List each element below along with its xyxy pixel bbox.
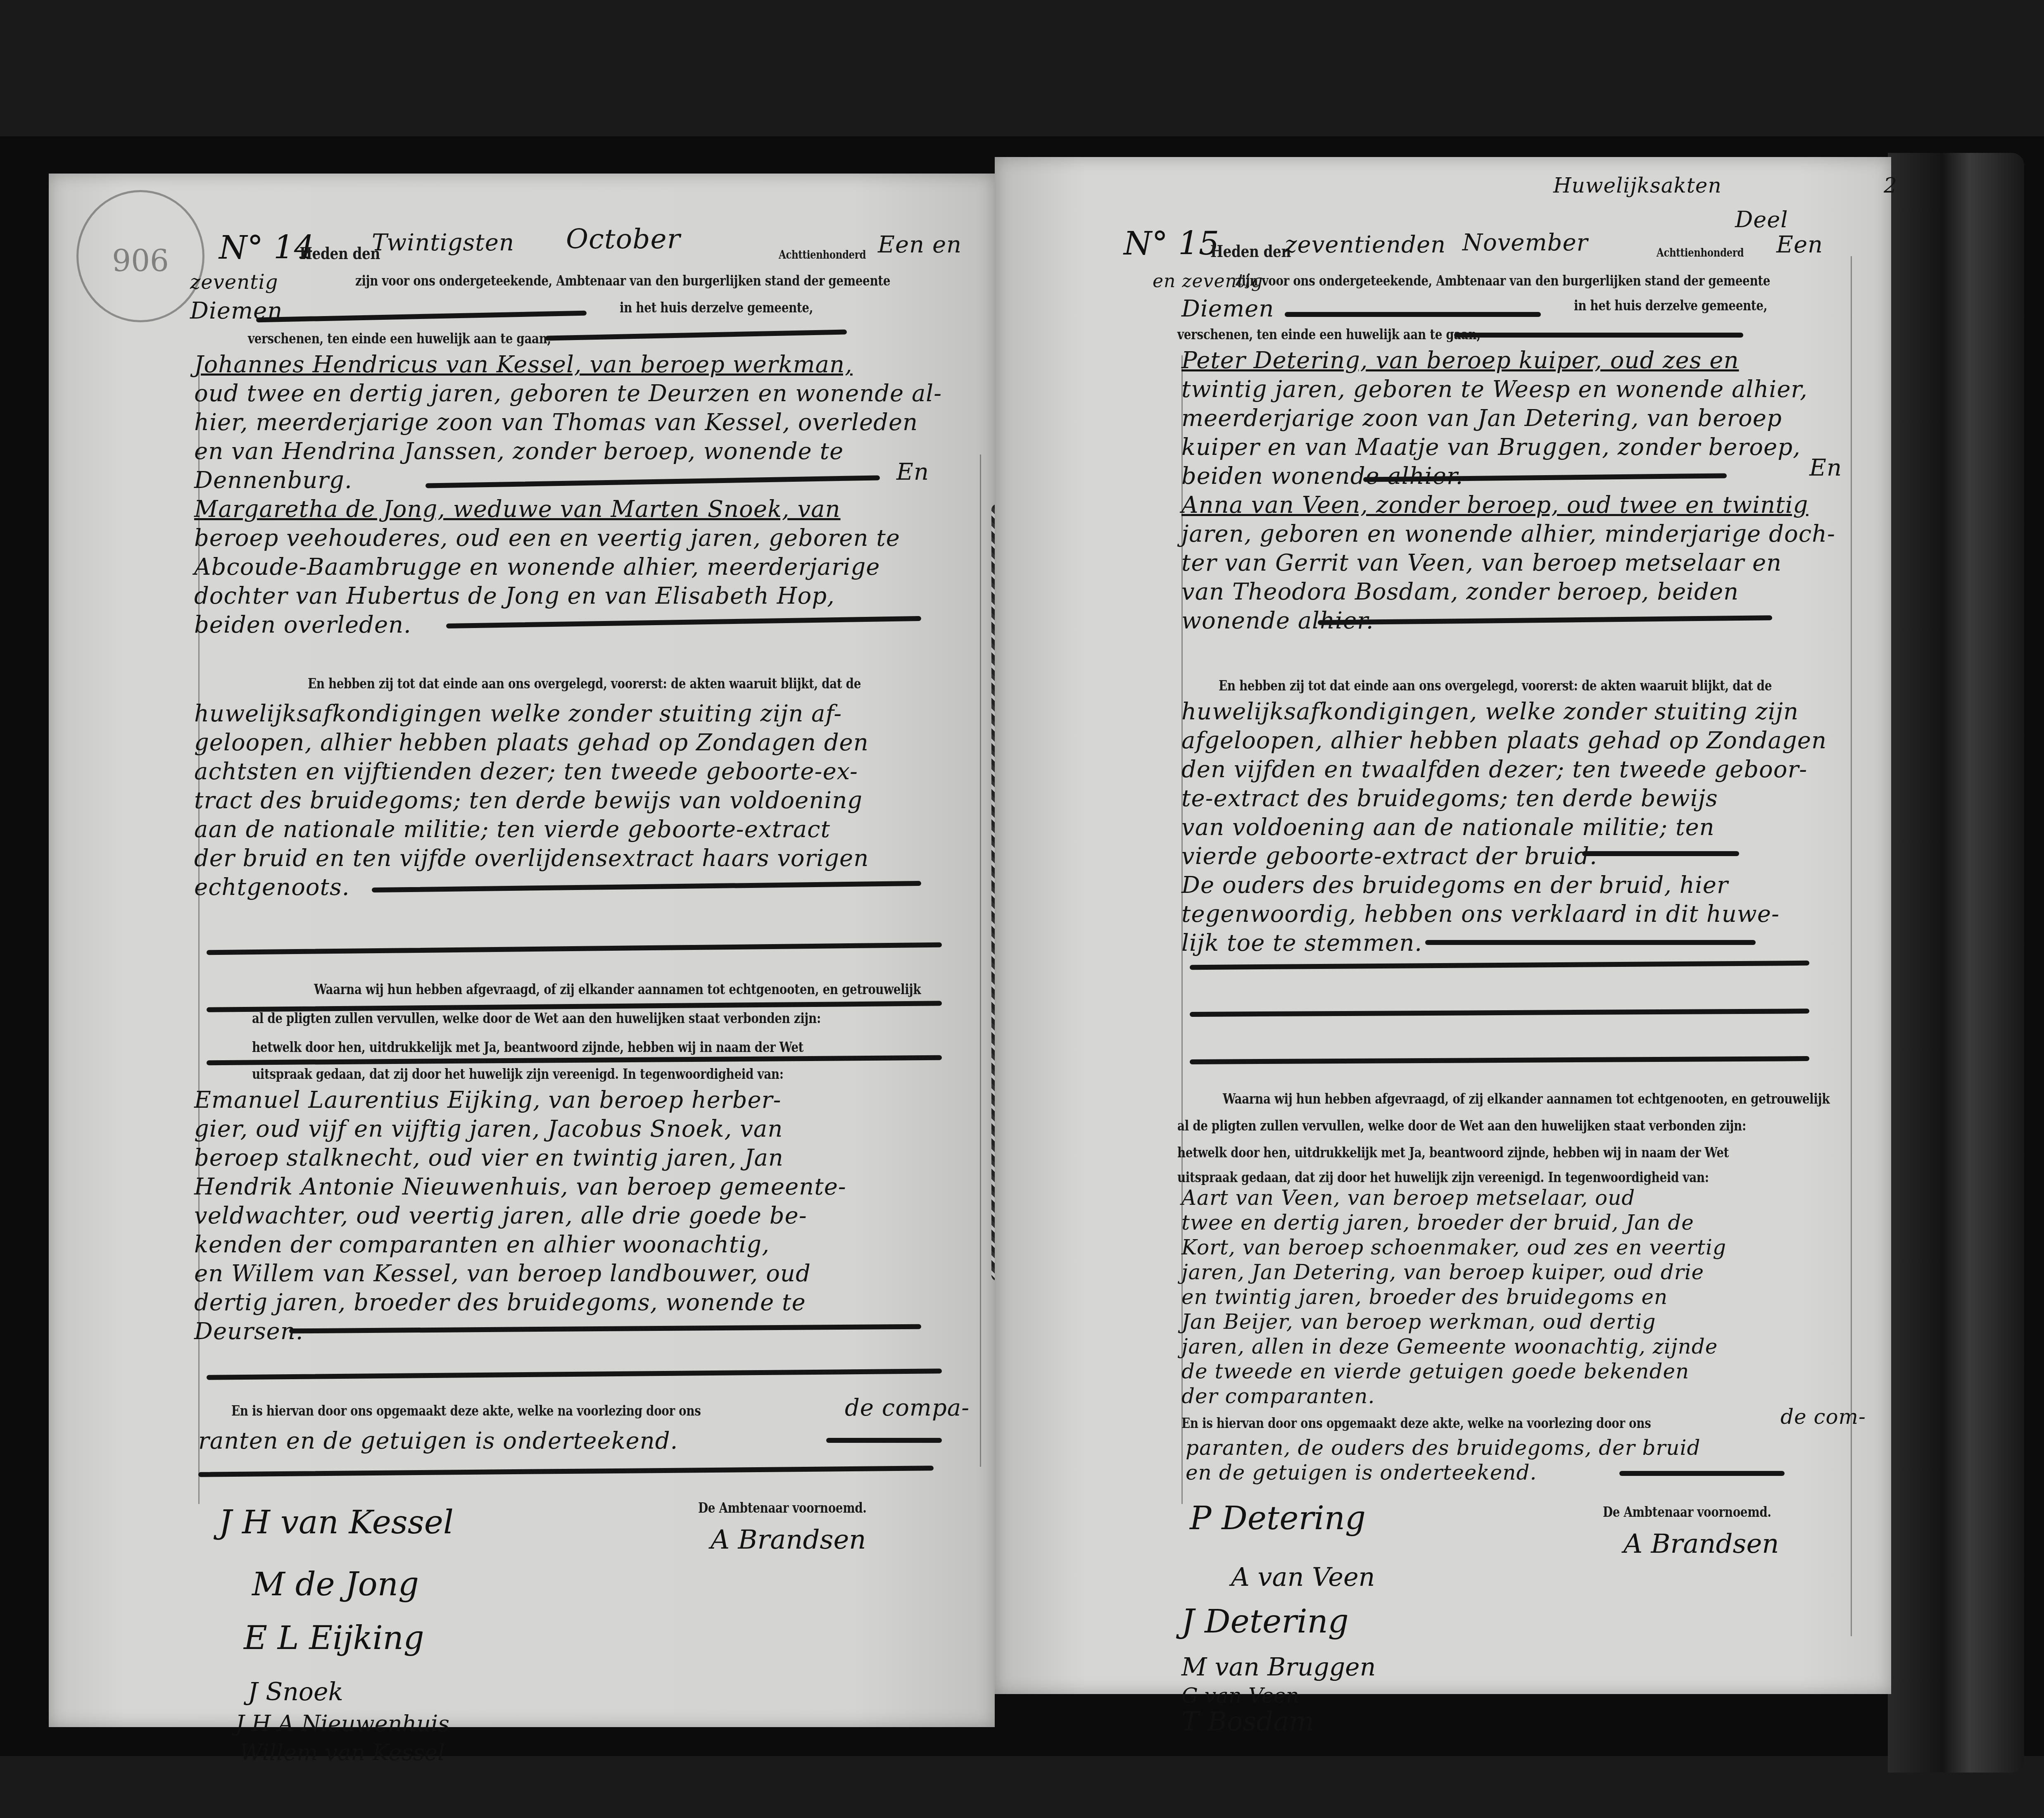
witness-line: Kort, van beroep schoenmaker, oud zes en… [1181,1235,1726,1259]
heden-den-label: Heden den [1210,242,1291,261]
signature: P Detering [1190,1500,1366,1537]
bride-line: beiden overleden. [194,612,411,638]
waarna-line-1: Waarna wij hun hebben afgevraagd, of zij… [1223,1091,1830,1107]
scan-top-border [0,0,2044,136]
witness-line: dertig jaren, broeder des bruidegoms, wo… [194,1289,806,1316]
year-hand-1: Een en [878,231,962,258]
ambtenaar-label: De Ambtenaar voornoemd. [1603,1504,1771,1521]
record-number-15: N° 15 [1124,225,1219,262]
signature: M de Jong [252,1566,419,1603]
witness-line: jaren, Jan Detering, van beroep kuiper, … [1181,1260,1704,1284]
signature: J Snoek [248,1678,343,1706]
official-signature: A Brandsen [1623,1529,1779,1559]
doc-line: achtsten en vijftienden dezer; ten tweed… [194,758,858,785]
record-day: Twintigsten [372,229,514,256]
closing-hand-1: de compa- [845,1394,970,1421]
doc-line: huwelijksafkondigingen welke zonder stui… [194,700,842,727]
en-hebben-text: En hebben zij tot dat einde aan ons over… [1219,678,1772,694]
signature: G van Veen [1181,1684,1299,1708]
left-right-rule [980,454,981,1467]
doc-line: afgeloopen, alhier hebben plaats gehad o… [1181,727,1827,754]
right-right-rule [1851,256,1852,1636]
witness-line: Hendrik Antonie Nieuwenhuis, van beroep … [194,1173,846,1200]
record-month: November [1462,229,1588,256]
year-hand-2: zeventig [190,271,278,294]
filler-line [1285,312,1541,317]
groom-line: twintig jaren, geboren te Weesp en wonen… [1181,376,1808,403]
consent-line: De ouders des bruidegoms en der bruid, h… [1181,872,1728,899]
book-page-edges [1888,153,2024,1773]
en-hebben-text: En hebben zij tot dat einde aan ons over… [308,676,861,692]
waarna-line-4: uitspraak gedaan, dat zij door het huwel… [1177,1169,1709,1186]
doc-line: aan de nationale militie; ten vierde geb… [194,816,830,843]
witness-line: en Willem van Kessel, van beroep landbou… [194,1260,811,1287]
margin-note-register: Huwelijksakten [1553,174,1722,198]
page-number: 2 [1884,174,1897,198]
filler-line [1619,1471,1785,1476]
groom-line: kuiper en van Maatje van Bruggen, zonder… [1181,434,1801,461]
form-line-4: verschenen, ten einde een huwelijk aan t… [248,331,551,347]
heden-den-label: Heden den [299,244,380,263]
bride-line: Abcoude-Baambrugge en wonende alhier, me… [194,554,880,581]
signature: J H van Kessel [219,1504,454,1541]
doc-line: der bruid en ten vijfde overlijdensextra… [194,845,869,872]
en-is-text: En is hiervan door ons opgemaakt deze ak… [231,1403,701,1419]
doc-line: den vijfden en twaalfden dezer; ten twee… [1181,756,1807,783]
witness-line: veldwachter, oud veertig jaren, alle dri… [194,1202,807,1229]
margin-note-deel: Deel [1735,207,1788,233]
doc-line: tract des bruidegoms; ten derde bewijs v… [194,787,863,814]
closing-hand-1: de com- [1780,1405,1866,1429]
signature: Willem van Kessel [240,1739,445,1766]
groom-line: Dennenburg. [194,467,352,494]
form-line-2: zijn voor ons ondergeteekende, Ambtenaar… [355,273,890,289]
witness-line: der comparanten. [1181,1384,1375,1408]
bride-line: ter van Gerrit van Veen, van beroep mets… [1181,550,1782,576]
groom-line: oud twee en dertig jaren, geboren te Deu… [194,380,942,407]
bride-line: beroep veehouderes, oud een en veertig j… [194,525,900,552]
groom-line: en van Hendrina Janssen, zonder beroep, … [194,438,844,465]
filler-line [1454,333,1743,338]
consent-line: tegenwoordig, hebben ons verklaard in di… [1181,901,1780,928]
form-line-2: zijn voor ons ondergeteekende, Ambtenaar… [1235,273,1770,289]
form-line-3: in het huis derzelve gemeente, [620,300,813,316]
signature: J Detering [1181,1603,1349,1640]
ambtenaar-label: De Ambtenaar voornoemd. [698,1500,867,1516]
doc-line: vierde geboorte-extract der bruid. [1181,843,1597,870]
signature: A van Veen [1231,1562,1375,1592]
witness-line: Deursen. [194,1318,304,1345]
filler-line [1582,851,1739,856]
signature: J H A Nieuwenhuis [235,1711,449,1737]
witness-line: Jan Beijer, van beroep werkman, oud dert… [1181,1310,1656,1334]
municipality: Diemen [1181,295,1274,322]
bride-intro: En [896,459,929,485]
waarna-line-2: al de pligten zullen vervullen, welke do… [252,1010,821,1027]
groom-line: meerderjarige zoon van Jan Detering, van… [1181,405,1782,432]
signature: M van Bruggen [1181,1653,1376,1682]
year-hand-1: Een [1776,231,1823,258]
witness-line: kenden der comparanten en alhier woonach… [194,1231,770,1258]
witness-line: Emanuel Laurentius Eijking, van beroep h… [194,1087,781,1114]
witness-line: de tweede en vierde getuigen goede beken… [1181,1359,1689,1383]
achttienhonderd-label: Achttienhonderd [1657,246,1744,259]
groom-line: hier, meerderjarige zoon van Thomas van … [194,409,918,436]
waarna-line-3: hetwelk door hen, uitdrukkelijk met Ja, … [1177,1145,1729,1161]
signature: T Bosdam [1181,1706,1314,1737]
waarna-line-2: al de pligten zullen vervullen, welke do… [1177,1118,1746,1134]
groom-line: Peter Detering, van beroep kuiper, oud z… [1181,347,1739,374]
waarna-line-1: Waarna wij hun hebben afgevraagd, of zij… [314,981,921,998]
achttienhonderd-label: Achttienhonderd [779,248,866,262]
doc-line: echtgenoots. [194,874,350,901]
filler-line [826,1438,942,1443]
record-month: October [566,223,680,255]
filler-line [1425,940,1756,945]
bride-line: van Theodora Bosdam, zonder beroep, beid… [1181,578,1739,605]
closing-hand-2: paranten, de ouders des bruidegoms, der … [1186,1436,1701,1460]
form-line-3: in het huis derzelve gemeente, [1574,297,1767,314]
doc-line: huwelijksafkondigingen, welke zonder stu… [1181,698,1799,725]
stamp-number: 906 [78,242,202,276]
doc-line: van voldoening aan de nationale militie;… [1181,814,1715,841]
witness-line: en twintig jaren, broeder des bruidegoms… [1181,1285,1668,1309]
signature: E L Eijking [244,1620,424,1657]
bride-line: dochter van Hubertus de Jong en van Elis… [194,583,835,609]
form-line-4: verschenen, ten einde een huwelijk aan t… [1177,326,1481,343]
closing-hand-3: en de getuigen is onderteekend. [1186,1461,1537,1485]
consent-line: lijk toe te stemmen. [1181,930,1422,957]
groom-line: Johannes Hendricus van Kessel, van beroe… [194,351,853,378]
record-day: zeventienden [1285,231,1446,258]
witness-line: beroep stalknecht, oud vier en twintig j… [194,1145,784,1171]
witness-line: gier, oud vijf en vijftig jaren, Jacobus… [194,1116,783,1142]
en-is-text: En is hiervan door ons opgemaakt deze ak… [1181,1415,1651,1432]
bride-intro: En [1809,454,1842,481]
bride-line: jaren, geboren en wonende alhier, minder… [1181,521,1835,547]
closing-hand-2: ranten en de getuigen is onderteekend. [198,1428,678,1454]
witness-line: twee en dertig jaren, broeder der bruid,… [1181,1211,1694,1235]
bride-line: Margaretha de Jong, weduwe van Marten Sn… [194,496,841,523]
archive-stamp: 906 [76,190,204,322]
waarna-line-4: uitspraak gedaan, dat zij door het huwel… [252,1066,784,1083]
waarna-line-3: hetwelk door hen, uitdrukkelijk met Ja, … [252,1039,803,1056]
witness-line: Aart van Veen, van beroep metselaar, oud [1181,1186,1635,1210]
doc-line: geloopen, alhier hebben plaats gehad op … [194,729,869,756]
bride-line: Anna van Veen, zonder beroep, oud twee e… [1181,492,1808,519]
doc-line: te-extract des bruidegoms; ten derde bew… [1181,785,1718,812]
official-signature: A Brandsen [711,1525,866,1555]
witness-line: jaren, allen in deze Gemeente woonachtig… [1181,1335,1718,1359]
